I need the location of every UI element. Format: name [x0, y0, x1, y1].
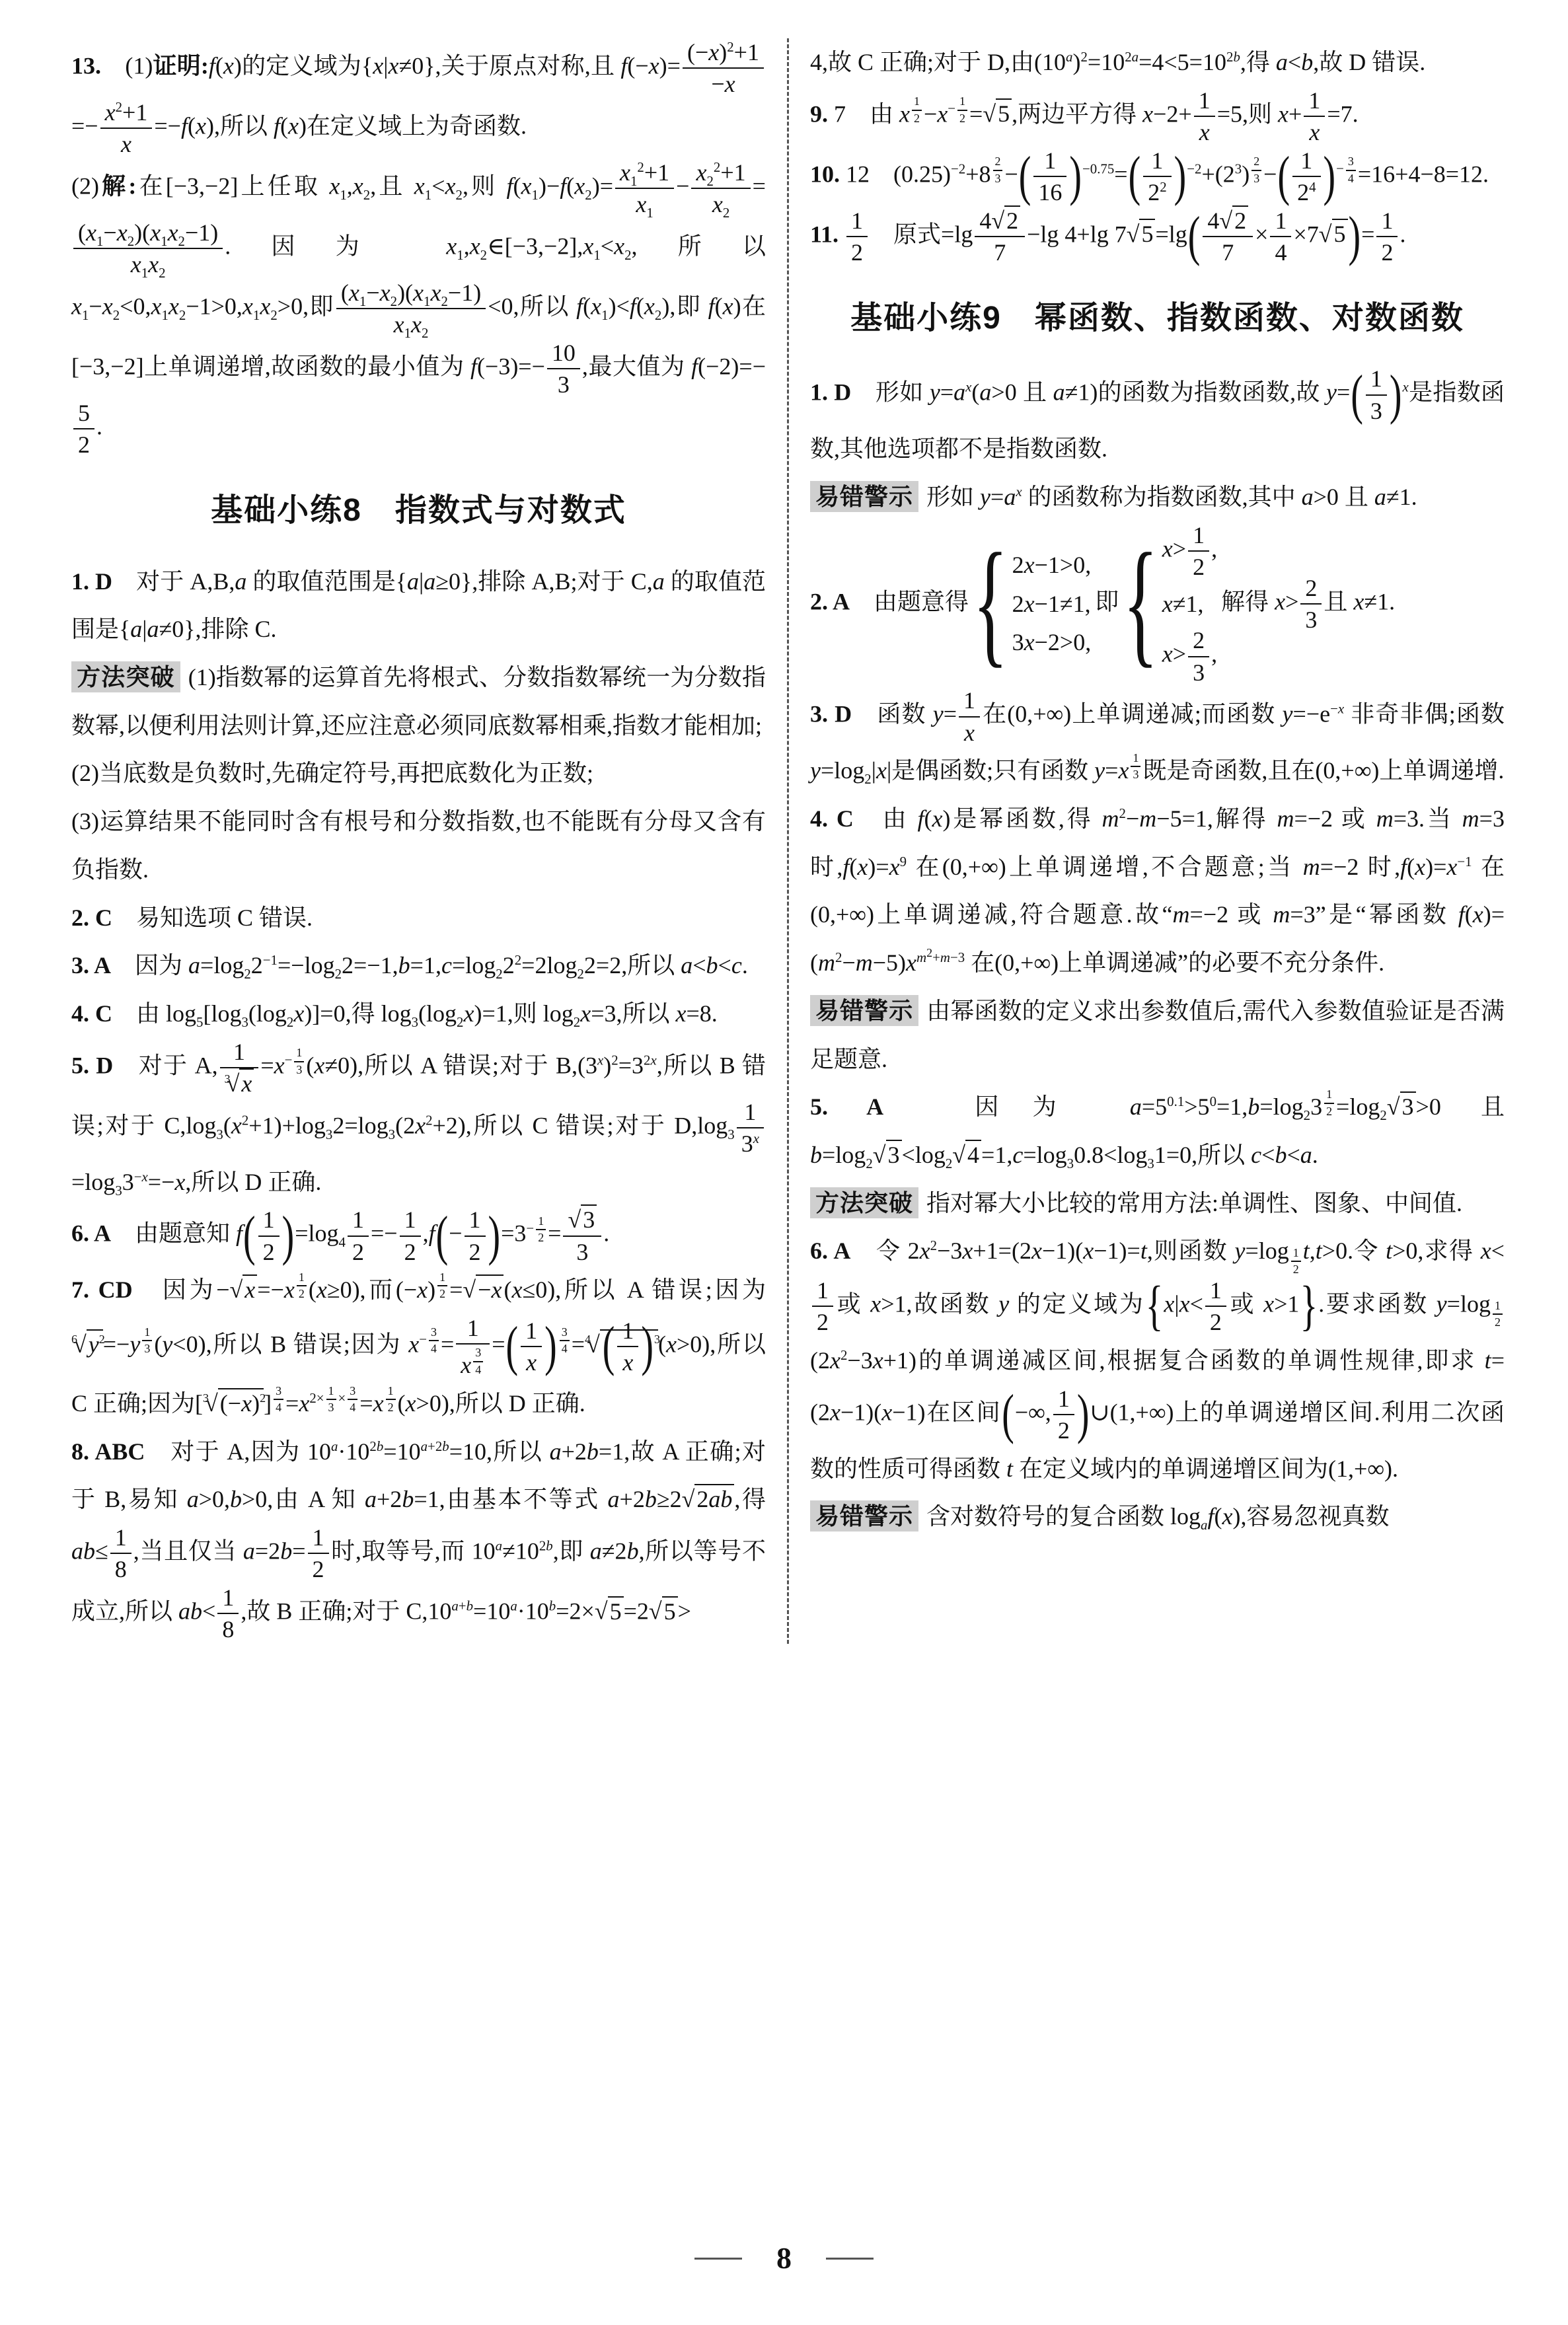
- ex8-item-8: 8. ABC 对于 A,因为 10a·102b=10a+2b=10,所以 a+2…: [71, 1428, 766, 1644]
- ex8-item-2: 2. C 易知选项 C 错误.: [71, 894, 766, 942]
- page-footer: 8: [0, 2243, 1568, 2273]
- ex9-item-4: 4. C 由 f(x)是幂函数,得 m2−m−5=1,解得 m=−2 或 m=3…: [810, 795, 1505, 987]
- section-title-practice9: 基础小练9 幂函数、指数函数、对数函数: [810, 287, 1505, 351]
- ex8-item-7: 7. CD 因为−√x=−x12(x≥0),而(−x)12=√−x(x≤0),所…: [71, 1266, 766, 1427]
- ex8-item-11: 11. 12 原式=lg4√27−lg 4+lg 7√5=lg(4√27×14×…: [810, 207, 1505, 267]
- ex9-warning-note-1: 易错警示形如 y=ax 的函数称为指数函数,其中 a>0 且 a≠1.: [810, 473, 1505, 521]
- footer-rule-left: [694, 2258, 742, 2260]
- page-number: 8: [776, 2243, 792, 2273]
- ex9-warning-note-3: 易错警示含对数符号的复合函数 logaf(x),容易忽视真数: [810, 1493, 1505, 1541]
- ex9-item-3: 3. D 函数 y=1x在(0,+∞)上单调递减;而函数 y=−e−x 非奇非偶…: [810, 686, 1505, 795]
- answer-13-part2: (2)解:在[−3,−2]上任取 x1,x2,且 x1<x2,则 f(x1)−f…: [71, 159, 766, 459]
- ex8-item-4: 4. C 由 log5[log3(log2x)]=0,得 log3(log2x)…: [71, 990, 766, 1038]
- ex9-item-6: 6. A 令 2x2−3x+1=(2x−1)(x−1)=t,则函数 y=log1…: [810, 1227, 1505, 1493]
- ex8-item-6: 6. A 由题意知 f(12)=log412=−12,f(−12)=3−12=√…: [71, 1206, 766, 1266]
- footer-rule-right: [826, 2258, 874, 2260]
- ex8-method-note-3: (3)运算结果不能同时含有根号和分数指数,也不能既有分母又含有负指数.: [71, 797, 766, 893]
- answer-13-part1: 13. (1)证明:f(x)的定义域为{x|x≠0},关于原点对称,且 f(−x…: [71, 38, 766, 159]
- two-column-layout: 13. (1)证明:f(x)的定义域为{x|x≠0},关于原点对称,且 f(−x…: [71, 38, 1505, 1644]
- right-column: 4,故 C 正确;对于 D,由(10a)2=102a=4<5=102b,得 a<…: [810, 38, 1505, 1644]
- left-column: 13. (1)证明:f(x)的定义域为{x|x≠0},关于原点对称,且 f(−x…: [71, 38, 766, 1644]
- ex8-method-note-2: (2)当底数是负数时,先确定符号,再把底数化为正数;: [71, 749, 766, 797]
- ex8-item-5: 5. D 对于 A,13√x=x−13(x≠0),所以 A 错误;对于 B,(3…: [71, 1038, 766, 1206]
- ex8-item-10: 10. 12 (0.25)−2+823−(116)−0.75=(122)−2+(…: [810, 147, 1505, 207]
- ex9-item-1: 1. D 形如 y=ax(a>0 且 a≠1)的函数为指数函数,故 y=(13)…: [810, 365, 1505, 473]
- ex9-method-note-1: 方法突破指对幂大小比较的常用方法:单调性、图象、中间值.: [810, 1179, 1505, 1228]
- ex8-method-note-1: 方法突破(1)指数幂的运算首先将根式、分数指数幂统一为分数指数幂,以便利用法则计…: [71, 653, 766, 749]
- column-divider: [787, 38, 789, 1644]
- ex9-warning-note-2: 易错警示由幂函数的定义求出参数值后,需代入参数值验证是否满足题意.: [810, 987, 1505, 1083]
- workbook-answer-page: 13. (1)证明:f(x)的定义域为{x|x≠0},关于原点对称,且 f(−x…: [0, 0, 1568, 2325]
- ex8-item-9: 9. 7 由 x12−x−12=√5,两边平方得 x−2+1x=5,则 x+1x…: [810, 87, 1505, 147]
- ex8-item-1: 1. D 对于 A,B,a 的取值范围是{a|a≥0},排除 A,B;对于 C,…: [71, 558, 766, 653]
- ex8-item-8-continued: 4,故 C 正确;对于 D,由(10a)2=102a=4<5=102b,得 a<…: [810, 38, 1505, 87]
- ex9-item-5: 5. A 因为 a=50.1>50=1,b=log2312=log2√3>0 且…: [810, 1083, 1505, 1179]
- ex8-item-3: 3. A 因为 a=log22−1=−log22=−1,b=1,c=log222…: [71, 941, 766, 990]
- ex9-item-2: 2. A 由题意得{2x−1>0,2x−1≠1,3x−2>0,即{x>12,x≠…: [810, 521, 1505, 686]
- section-title-practice8: 基础小练8 指数式与对数式: [71, 479, 766, 543]
